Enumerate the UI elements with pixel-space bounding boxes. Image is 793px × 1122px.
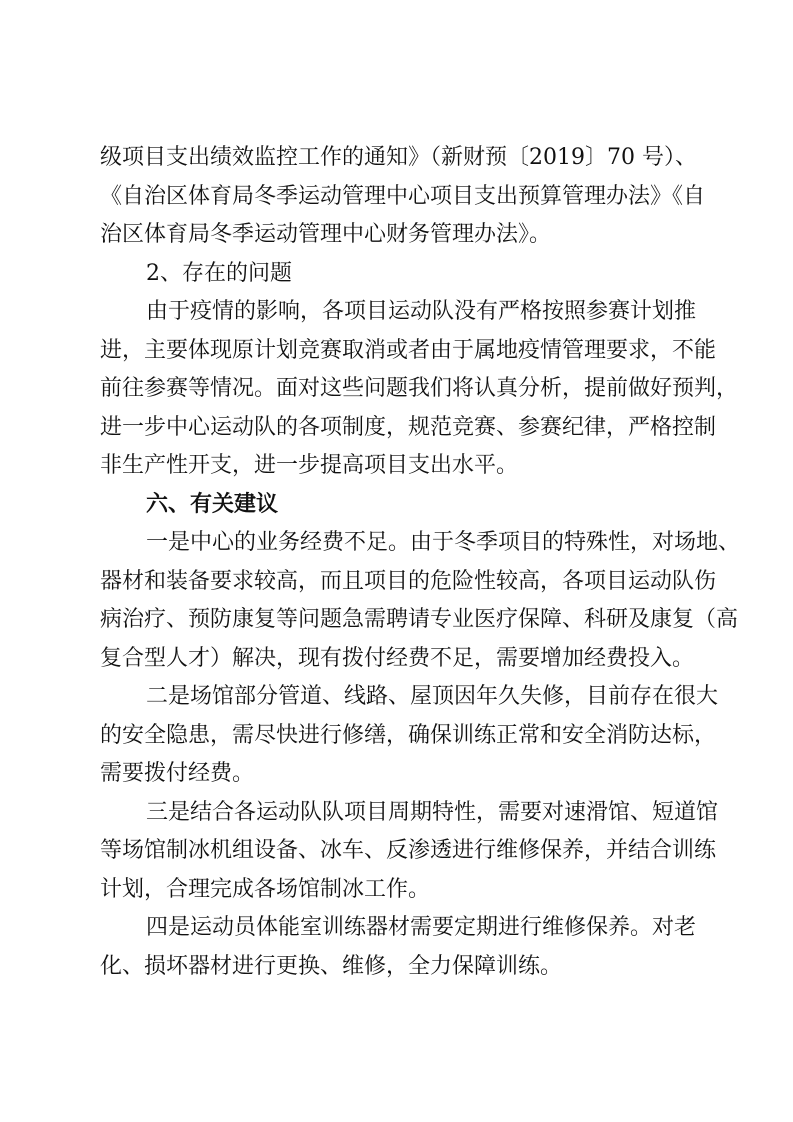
paragraph-problems-description: 由于疫情的影响，各项目运动队没有严格按照参赛计划推 进，主要体现原计划竞赛取消或… xyxy=(100,293,690,486)
paragraph-regulations-continuation: 级项目支出绩效监控工作的通知》（新财预〔2019〕70 号）、 《自治区体育局冬… xyxy=(100,139,690,255)
text-line: 一是中心的业务经费不足。由于冬季项目的特殊性，对场地、 xyxy=(100,524,690,563)
text-line: 化、损坏器材进行更换、维修，全力保障训练。 xyxy=(100,948,690,987)
text-line: 进，主要体现原计划竞赛取消或者由于属地疫情管理要求，不能 xyxy=(100,332,690,371)
text-line: 二是场馆部分管道、线路、屋顶因年久失修，目前存在很大 xyxy=(100,678,690,717)
text-line: 三是结合各运动队队项目周期特性，需要对速滑馆、短道馆 xyxy=(100,794,690,833)
paragraph-suggestion-one: 一是中心的业务经费不足。由于冬季项目的特殊性，对场地、 器材和装备要求较高，而且… xyxy=(100,524,690,678)
text-line: 四是运动员体能室训练器材需要定期进行维修保养。对老 xyxy=(100,909,690,948)
text-line: 进一步中心运动队的各项制度，规范竞赛、参赛纪律，严格控制 xyxy=(100,409,690,448)
text-line: 前往参赛等情况。面对这些问题我们将认真分析，提前做好预判， xyxy=(100,370,690,409)
paragraph-suggestion-three: 三是结合各运动队队项目周期特性，需要对速滑馆、短道馆 等场馆制冰机组设备、冰车、… xyxy=(100,794,690,910)
text-line: 级项目支出绩效监控工作的通知》（新财预〔2019〕70 号）、 xyxy=(100,139,690,178)
text-line: 计划，合理完成各场馆制冰工作。 xyxy=(100,871,690,910)
text-line: 治区体育局冬季运动管理中心财务管理办法》。 xyxy=(100,216,690,255)
subheading-text: 2、存在的问题 xyxy=(100,255,690,294)
text-line: 由于疫情的影响，各项目运动队没有严格按照参赛计划推 xyxy=(100,293,690,332)
section-heading-suggestions: 六、有关建议 xyxy=(100,486,690,525)
text-line: 复合型人才）解决，现有拨付经费不足，需要增加经费投入。 xyxy=(100,640,690,679)
text-line: 等场馆制冰机组设备、冰车、反渗透进行维修保养，并结合训练 xyxy=(100,832,690,871)
document-page: 级项目支出绩效监控工作的通知》（新财预〔2019〕70 号）、 《自治区体育局冬… xyxy=(100,139,690,986)
paragraph-suggestion-four: 四是运动员体能室训练器材需要定期进行维修保养。对老 化、损坏器材进行更换、维修，… xyxy=(100,909,690,986)
paragraph-suggestion-two: 二是场馆部分管道、线路、屋顶因年久失修，目前存在很大 的安全隐患，需尽快进行修缮… xyxy=(100,678,690,794)
text-line: 非生产性开支，进一步提高项目支出水平。 xyxy=(100,447,690,486)
text-line: 的安全隐患，需尽快进行修缮，确保训练正常和安全消防达标， xyxy=(100,717,690,756)
text-line: 病治疗、预防康复等问题急需聘请专业医疗保障、科研及康复（高 xyxy=(100,601,690,640)
subheading-existing-problems: 2、存在的问题 xyxy=(100,255,690,294)
text-line: 《自治区体育局冬季运动管理中心项目支出预算管理办法》《自 xyxy=(100,178,690,217)
text-line: 需要拨付经费。 xyxy=(100,755,690,794)
section-heading-text: 六、有关建议 xyxy=(100,486,690,525)
text-line: 器材和装备要求较高，而且项目的危险性较高，各项目运动队伤 xyxy=(100,563,690,602)
